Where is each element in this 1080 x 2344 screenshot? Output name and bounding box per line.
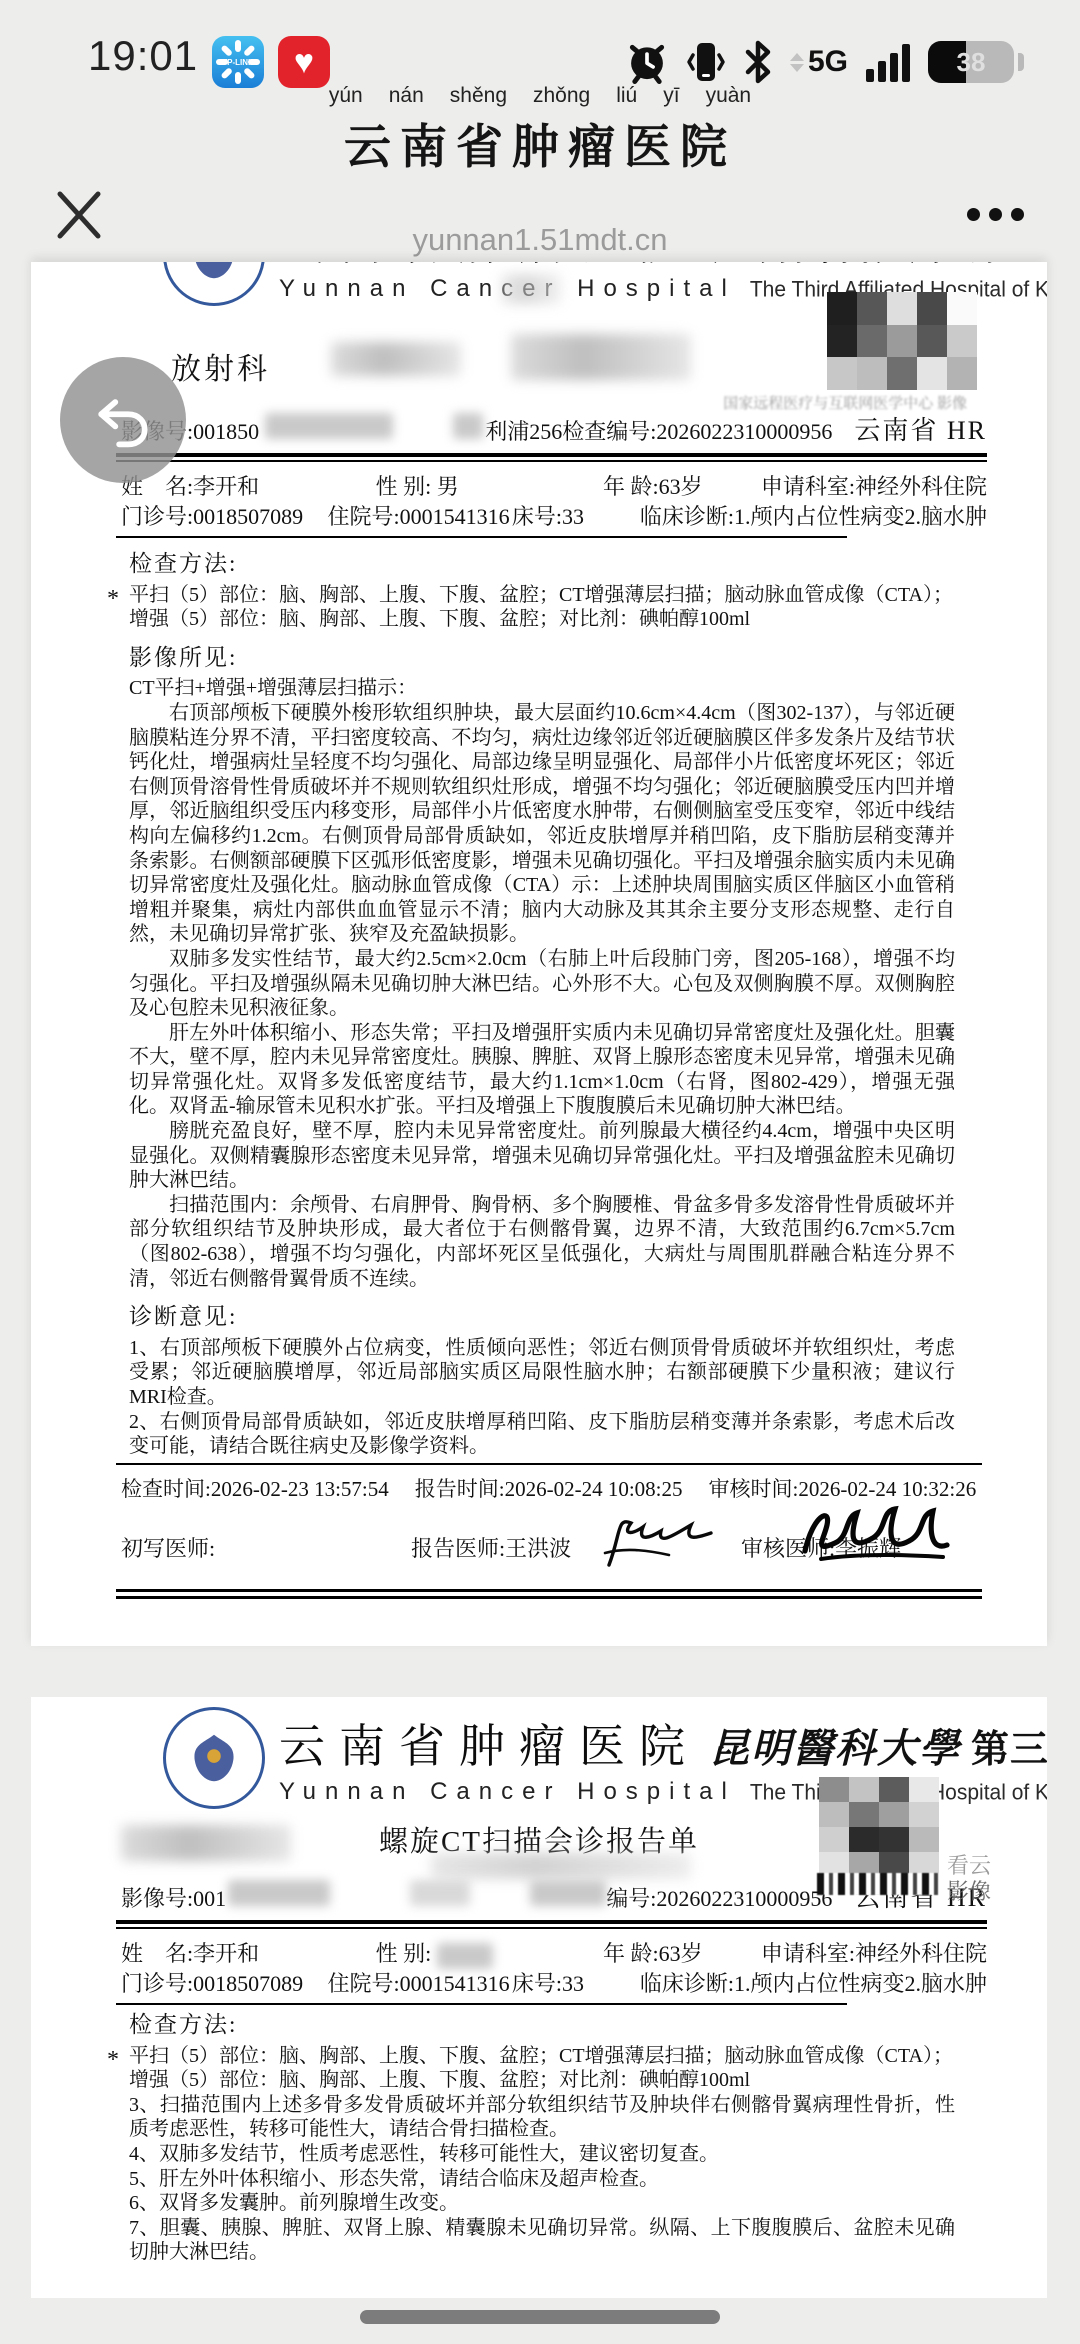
data-arrows-icon xyxy=(790,53,804,72)
diagnosis-item: 2、右侧顶骨局部骨质缺如，邻近皮肤增厚稍凹陷、皮下脂肪层稍变薄并条索影，考虑术后… xyxy=(129,1410,955,1459)
qr-code-area: 看云 影像 xyxy=(789,1777,999,1909)
findings-heading: 影像所见: xyxy=(129,646,955,671)
asterisk: * xyxy=(107,2048,119,2073)
exam-no-label: 检查编号: xyxy=(562,415,656,446)
diagnosis-heading: 诊断意见: xyxy=(129,1305,955,1330)
findings-paragraph: 膀胱充盈良好，壁不厚，腔内未见异常密度灶。前列腺最大横径约4.4cm，增强中央区… xyxy=(129,1119,955,1193)
qr-code-redacted xyxy=(827,292,977,390)
device-name-partial: 利浦256 xyxy=(485,415,562,446)
image-no-label: 影像号: xyxy=(121,1882,193,1913)
doc1-patient-info: 姓 名:李开和 性 别: 男 年 龄:63岁 申请科室:神经外科住院 门诊号:0… xyxy=(31,462,1047,532)
divider-single xyxy=(116,536,847,538)
battery-percent: 38 xyxy=(928,41,1014,83)
findings-intro: CT平扫+增强+增强薄层扫描示： xyxy=(129,676,955,701)
redaction-blur xyxy=(453,413,484,439)
tplink-label: TP-LINK xyxy=(222,58,254,67)
hospital-name-cn: 云南省肿瘤医院 xyxy=(279,262,699,273)
hospital-name-en: Yunnan Cancer Hospital xyxy=(279,1778,736,1806)
bluetooth-icon xyxy=(744,39,772,85)
image-no: 001850 xyxy=(193,419,259,445)
network-indicator: 5G xyxy=(790,45,848,79)
divider-heavy xyxy=(116,1589,982,1599)
method-line-2: 增强（5）部位：脑、胸部、上腹、下腹、盆腔；对比剂：碘帕醇100ml xyxy=(129,607,955,632)
hospital-name-cn: 云南省肿瘤医院 xyxy=(279,1710,699,1776)
hospital-calligraphy: 昆明醫科大學 xyxy=(709,1717,961,1774)
vibrate-icon xyxy=(686,39,726,85)
auditor-signature xyxy=(791,1495,961,1575)
status-icons: 5G 38 xyxy=(626,36,1024,88)
doc1-doctors-row: 初写医师: 报告医师:王洪波 审核医师:李振辉 xyxy=(31,1503,1047,1583)
conclusion-item: 4、双肺多发结节，性质考虑恶性，转移可能性大，建议密切复查。 xyxy=(129,2142,955,2167)
redaction-blur xyxy=(331,342,461,376)
divider-double xyxy=(116,453,987,462)
doc1-findings-section: 影像所见: CT平扫+增强+增强薄层扫描示： 右顶部颅板下硬膜外梭形软组织肿块，… xyxy=(31,646,1047,1291)
redaction-blur xyxy=(501,274,561,304)
report-page-2: 云南省肿瘤医院 昆明醫科大學 第三附属医院 Yunnan Cancer Hosp… xyxy=(31,1697,1047,2298)
hospital-calligraphy: 昆明醫科大學 xyxy=(709,262,961,271)
back-button[interactable] xyxy=(60,357,186,483)
divider-double xyxy=(116,1920,987,1929)
diagnosis-item: 1、右顶部颅板下硬膜外占位病变，性质倾向恶性；邻近右侧顶骨骨质破坏并软组织灶，考… xyxy=(129,1336,955,1410)
conclusion-item: 5、肝左外叶体积缩小、形态失常，请结合临床及超声检查。 xyxy=(129,2167,955,2192)
method-heading: 检查方法: xyxy=(129,2013,955,2038)
signal-bars-icon xyxy=(866,42,910,82)
qr-caption-bottom: 影像 xyxy=(947,1875,991,1906)
exam-no: 2026022310000956 xyxy=(656,419,832,445)
qr-caption-blurred: 国家远程医疗与互联网医学中心 影像 xyxy=(723,392,967,413)
hospital-affiliation: 第三附属医院 xyxy=(971,262,1047,270)
method-line-1: 平扫（5）部位：脑、胸部、上腹、下腹、盆腔；CT增强薄层扫描；脑动脉血管成像（C… xyxy=(129,583,955,608)
writer-label: 初写医师: xyxy=(121,1532,411,1563)
phone-screen: 19:01 TP-LINK ♥ xyxy=(0,0,1080,2344)
tplink-app-icon: TP-LINK xyxy=(212,36,264,88)
findings-paragraph: 右顶部颅板下硬膜外梭形软组织肿块，最大层面约10.6cm×4.4cm（图302-… xyxy=(129,701,955,947)
page-title-block: yúnnán shěngzhǒng liúyī yuàn 云南省肿瘤医院 xyxy=(0,84,1080,177)
redaction-blur xyxy=(431,1853,691,1879)
method-line-2: 增强（5）部位：脑、胸部、上腹、下腹、盆腔；对比剂：碘帕醇100ml xyxy=(129,2068,955,2093)
battery-nub xyxy=(1018,53,1024,71)
method-heading: 检查方法: xyxy=(129,552,955,577)
page-url: yunnan1.51mdt.cn xyxy=(0,222,1080,258)
exam-no-label: 编号: xyxy=(606,1882,656,1913)
back-arrow-icon xyxy=(91,388,155,452)
red-heart-app-icon: ♥ xyxy=(278,36,330,88)
page-title: 云南省肿瘤医院 xyxy=(0,110,1080,177)
reporter-signature xyxy=(591,1503,731,1573)
department-name: 放射科 xyxy=(171,344,270,388)
redaction-blur xyxy=(228,1880,330,1906)
hospital-logo xyxy=(163,1707,265,1809)
doc1-diagnosis-section: 诊断意见: 1、右顶部颅板下硬膜外占位病变，性质倾向恶性；邻近右侧顶骨骨质破坏并… xyxy=(31,1305,1047,1459)
report-page-1: 云南省肿瘤医院 昆明醫科大學 第三附属医院 Yunnan Cancer Hosp… xyxy=(31,262,1047,1646)
redaction-blur xyxy=(265,413,393,439)
battery-icon: 38 xyxy=(928,41,1014,83)
hospital-logo xyxy=(163,262,265,306)
findings-paragraph: 肝左外叶体积缩小、形态失常；平扫及增强肝实质内未见确切异常密度灶及强化灶。胆囊不… xyxy=(129,1021,955,1119)
method-line-1: 平扫（5）部位：脑、胸部、上腹、下腹、盆腔；CT增强薄层扫描；脑动脉血管成像（C… xyxy=(129,2044,955,2069)
network-type: 5G xyxy=(808,45,848,79)
region-label: 云南省 HR xyxy=(854,410,987,447)
conclusion-item: 7、胆囊、胰腺、脾脏、双肾上腺、精囊腺未见确切异常。纵隔、上下腹腹膜后、盆腔未见… xyxy=(129,2216,955,2265)
qr-code-redacted xyxy=(819,1777,939,1877)
findings-paragraph: 扫描范围内：余颅骨、右肩胛骨、胸骨柄、多个胸腰椎、骨盆多骨多发溶骨性骨质破坏并部… xyxy=(129,1193,955,1291)
findings-paragraph: 双肺多发实性结节，最大约2.5cm×2.0cm（右肺上叶后段肺门旁，图205-1… xyxy=(129,947,955,1021)
image-no: 001 xyxy=(193,1886,226,1912)
conclusion-item: 3、扫描范围内上述多骨多发骨质破坏并部分软组织结节及肿块伴右侧髂骨翼病理性骨折，… xyxy=(129,2093,955,2142)
heart-icon: ♥ xyxy=(294,45,314,79)
clock-time: 19:01 xyxy=(88,32,198,80)
doc1-method-section: 检查方法: * 平扫（5）部位：脑、胸部、上腹、下腹、盆腔；CT增强薄层扫描；脑… xyxy=(31,552,1047,632)
redaction-blur xyxy=(410,1880,470,1906)
qr-bottom-row xyxy=(817,1873,942,1895)
title-pinyin: yúnnán shěngzhǒng liúyī yuàn xyxy=(0,84,1080,108)
redaction-blur xyxy=(437,1943,493,1969)
doc2-patient-info: 姓 名:李开和 性 别: 年 龄:63岁 申请科室:神经外科住院 门诊号:001… xyxy=(31,1929,1047,1999)
notification-app-icons: TP-LINK ♥ xyxy=(212,36,330,88)
divider-single xyxy=(116,2003,847,2005)
asterisk: * xyxy=(107,587,119,612)
alarm-clock-icon xyxy=(626,40,668,84)
conclusion-item: 6、双肾多发囊肿。前列腺增生改变。 xyxy=(129,2191,955,2216)
redaction-blur xyxy=(530,1880,607,1906)
redaction-blur xyxy=(511,334,691,380)
hospital-affiliation: 第三附属医院 xyxy=(971,1718,1047,1773)
more-menu-icon[interactable] xyxy=(967,208,1024,221)
doc2-method-section: 检查方法: * 平扫（5）部位：脑、胸部、上腹、下腹、盆腔；CT增强薄层扫描；脑… xyxy=(31,2013,1047,2265)
home-indicator xyxy=(360,2310,720,2324)
